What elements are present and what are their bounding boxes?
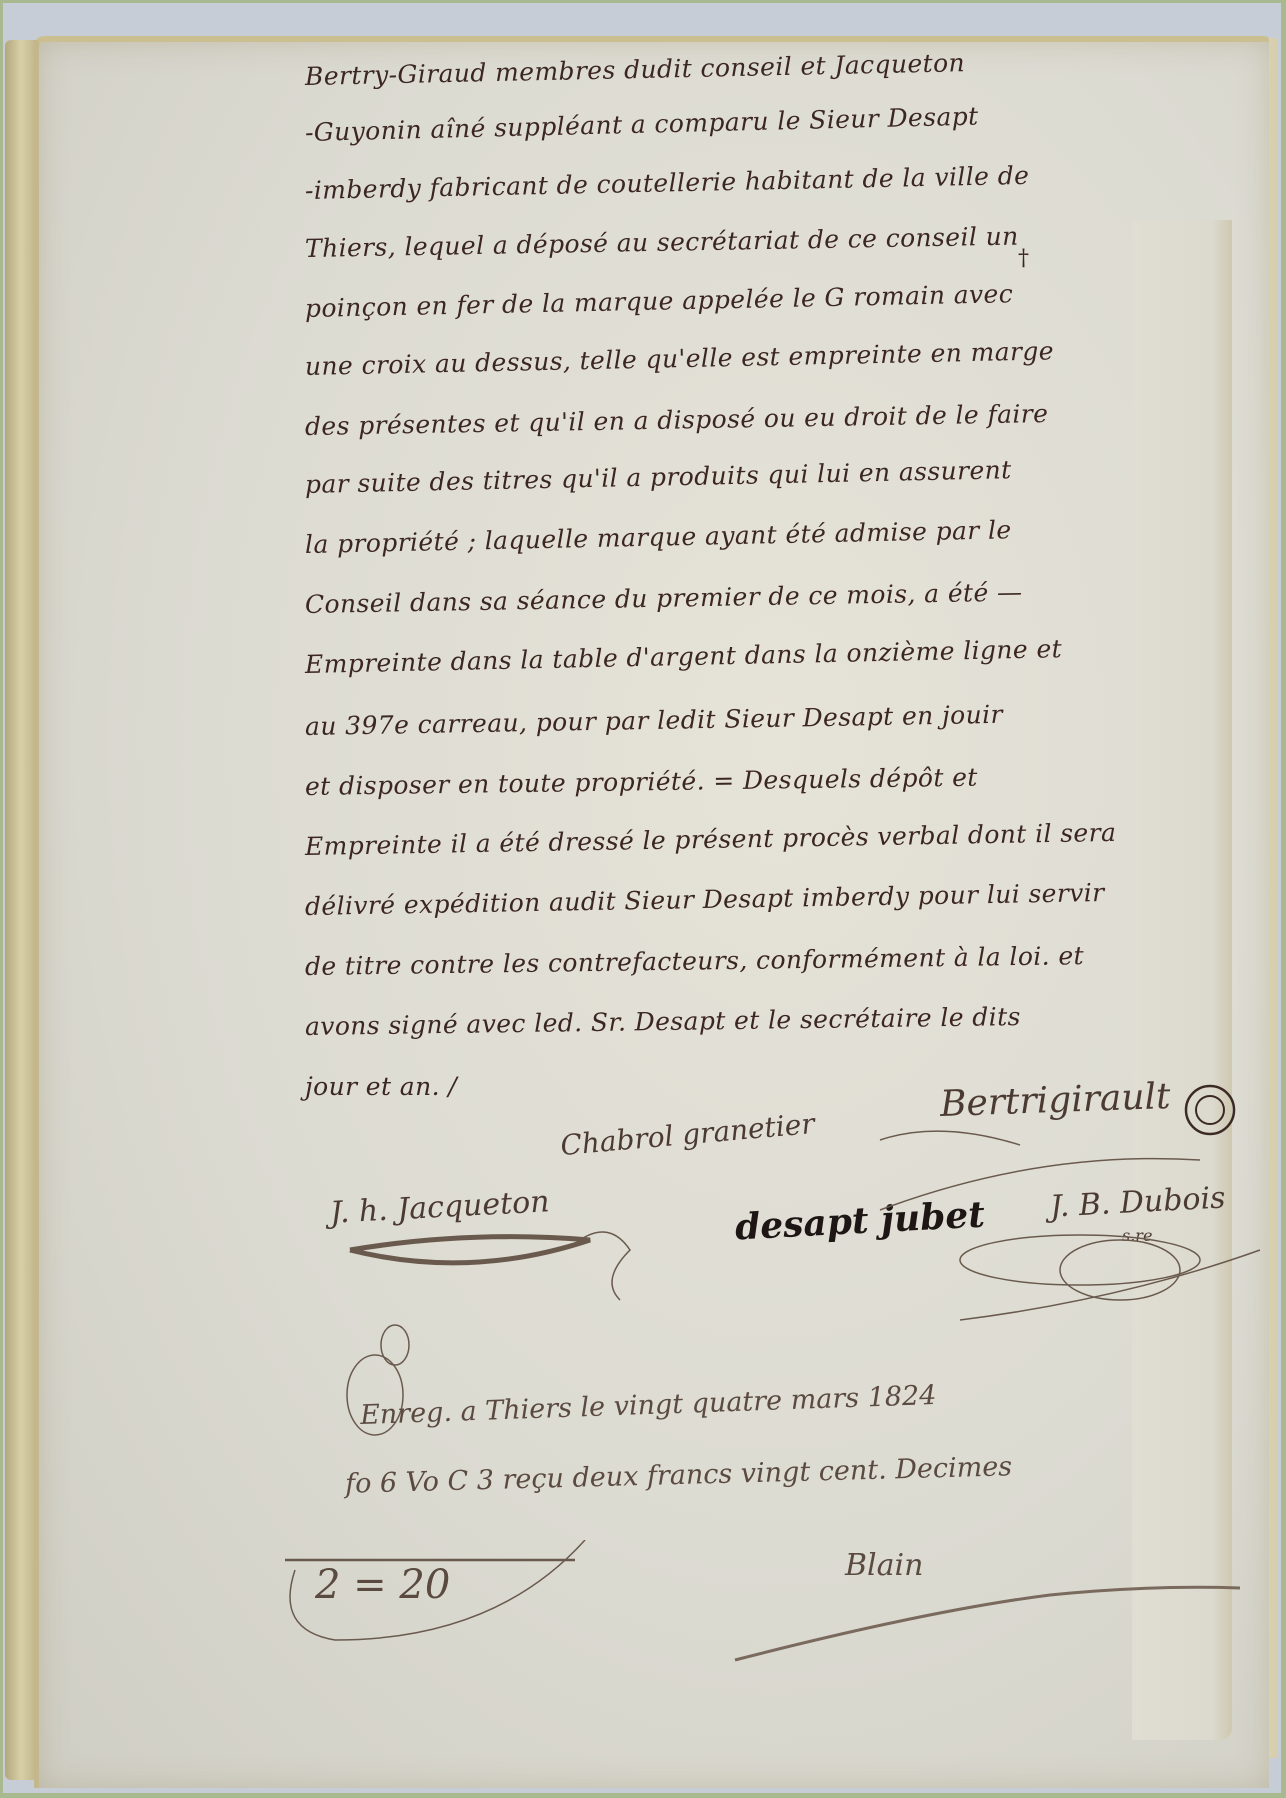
signature-bertrigirault: Bertrigirault xyxy=(939,1076,1171,1125)
clerk-signature: Blain xyxy=(845,1548,923,1583)
text-line-18: jour et an. / xyxy=(305,1072,457,1101)
fee-amount: 2 = 20 xyxy=(315,1562,450,1608)
clerk-flourish xyxy=(730,1580,1250,1670)
cross-mark-icon: † xyxy=(1018,246,1029,271)
page-fold-edge xyxy=(1132,220,1232,1740)
signature-flourishes xyxy=(320,1130,1280,1330)
